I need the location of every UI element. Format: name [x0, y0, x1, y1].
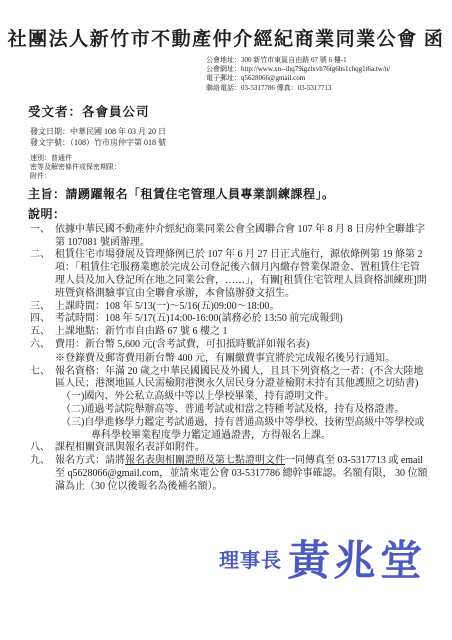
item-number: 九、 [30, 455, 55, 493]
delivery-speed: 速別：普通件 [30, 154, 452, 163]
item-number: 五、 [30, 326, 55, 339]
item-number: 八、 [30, 442, 55, 455]
chairman-title: 理事長 [219, 544, 282, 573]
item-number: 三、 [30, 301, 55, 314]
official-letter-page: 社團法人新竹市不動產仲介經紀商業同業公會 函 公會地址：300 新竹市東區自由路… [0, 0, 452, 640]
list-item-6: 六、 費用：新台幣 5,600 元(含考試費，可扣抵時數詳如報名表) ※登錄費及… [30, 339, 428, 366]
item-text: 課程相關資訊與報名表詳如附件。 [55, 442, 428, 455]
item-number: 四、 [30, 313, 55, 326]
classification-block: 速別：普通件 密等及解密條件或保密期限： 附件： [30, 154, 452, 181]
association-phone-fax: 聯絡電話：03-5317786 傳真：03-5317713 [206, 84, 452, 93]
sub-item-2: （二)通過考試院舉辦高等、普通考試或相當之特種考試及格，持有及格證書。 [61, 404, 428, 417]
sub-item-1: （一)國內、外公私立高級中等以上學校畢業，持有證明文件。 [61, 391, 428, 404]
issue-date: 發文日期：中華民國 108 年 03 月 20 日 [30, 127, 452, 138]
signature-block: 理事長 黃兆堂 [219, 528, 426, 588]
fee-note: ※登錄費及郵寄費用新台幣 400 元，有關繳費事宜將於完成報名後另行通知。 [55, 353, 428, 366]
list-item-3: 三、 上課時間：108 年 5/13(一)～5/16(五)09:00～18:00… [30, 301, 428, 314]
list-item-4: 四、 考試時間：108 年 5/17(五)14:00-16:00(請務必於 13… [30, 313, 428, 326]
recipient-line: 受文者：各會員公司 [28, 102, 452, 120]
chairman-signature: 黃兆堂 [287, 528, 427, 588]
item-number: 六、 [30, 339, 55, 366]
association-contact-block: 公會地址：300 新竹市東區自由路 67 號 6 樓-1 公會網址：http:/… [206, 56, 452, 93]
document-title: 社團法人新竹市不動產仲介經紀商業同業公會 函 [0, 24, 452, 51]
subject-line: 主旨：請踴躍報名「租賃住宅管理人員專業訓練課程」。 [28, 185, 426, 202]
item-text: 依據中華民國不動產仲介經紀商業同業公會全國聯合會 107 年 8 月 8 日房仲… [55, 224, 428, 250]
item-text: 費用：新台幣 5,600 元(含考試費，可扣抵時數詳如報名表) [55, 339, 309, 350]
item-text: 考試時間：108 年 5/17(五)14:00-16:00(請務必於 13:50… [55, 313, 428, 326]
underlined-documents-text: 報名表與相關證照及第七點證明文件 [125, 455, 285, 466]
explanation-label: 說明： [28, 205, 452, 222]
explanation-items: 一、 依據中華民國不動產仲介經紀商業同業公會全國聯合會 107 年 8 月 8 … [30, 224, 428, 494]
item-number: 七、 [30, 366, 55, 443]
item-text-group: 報名方式：請將報名表與相關證照及第七點證明文件一同傳真至 03-5317713 … [55, 455, 428, 493]
issue-meta-block: 發文日期：中華民國 108 年 03 月 20 日 發文字號：（108）竹市房仲… [30, 127, 452, 149]
item-number: 一、 [30, 224, 55, 250]
item-text-prefix: 報名方式：請將 [55, 455, 125, 466]
item-text: 上課時間：108 年 5/13(一)～5/16(五)09:00～18:00。 [55, 301, 428, 314]
list-item-5: 五、 上課地點：新竹市自由路 67 號 6 樓之 1 [30, 326, 428, 339]
sub-item-3: （三)自學進修學力鑑定考試通過，持有普通高級中等學校、技術型高級中等學校或專科學… [61, 417, 428, 443]
association-address: 公會地址：300 新竹市東區自由路 67 號 6 樓-1 [206, 56, 452, 65]
item-text: 租賃住宅市場發展及管理條例已於 107 年 6 月 27 日正式施行，源依條例第… [55, 249, 428, 300]
list-item-2: 二、 租賃住宅市場發展及管理條例已於 107 年 6 月 27 日正式施行，源依… [30, 249, 428, 300]
attachment-label: 附件： [30, 172, 452, 181]
item-text-group: 報名資格：年滿 20 歲之中華民國國民及外國人，且具下列資格之一者：(不含大陸地… [55, 366, 428, 443]
item-number: 二、 [30, 249, 55, 300]
security-classification: 密等及解密條件或保密期限： [30, 163, 452, 172]
list-item-9: 九、 報名方式：請將報名表與相關證照及第七點證明文件一同傳真至 03-53177… [30, 455, 428, 493]
list-item-7: 七、 報名資格：年滿 20 歲之中華民國國民及外國人，且具下列資格之一者：(不含… [30, 366, 428, 443]
list-item-1: 一、 依據中華民國不動產仲介經紀商業同業公會全國聯合會 107 年 8 月 8 … [30, 224, 428, 250]
association-email: 電子郵址：q5628066@gmail.com [206, 74, 452, 83]
item-text: 報名資格：年滿 20 歲之中華民國國民及外國人，且具下列資格之一者：(不含大陸地… [55, 366, 423, 390]
document-number: 發文字號：（108）竹市房仲字第 018 號 [30, 138, 452, 149]
item-text-group: 費用：新台幣 5,600 元(含考試費，可扣抵時數詳如報名表) ※登錄費及郵寄費… [55, 339, 428, 366]
item-text: 上課地點：新竹市自由路 67 號 6 樓之 1 [55, 326, 428, 339]
list-item-8: 八、 課程相關資訊與報名表詳如附件。 [30, 442, 428, 455]
